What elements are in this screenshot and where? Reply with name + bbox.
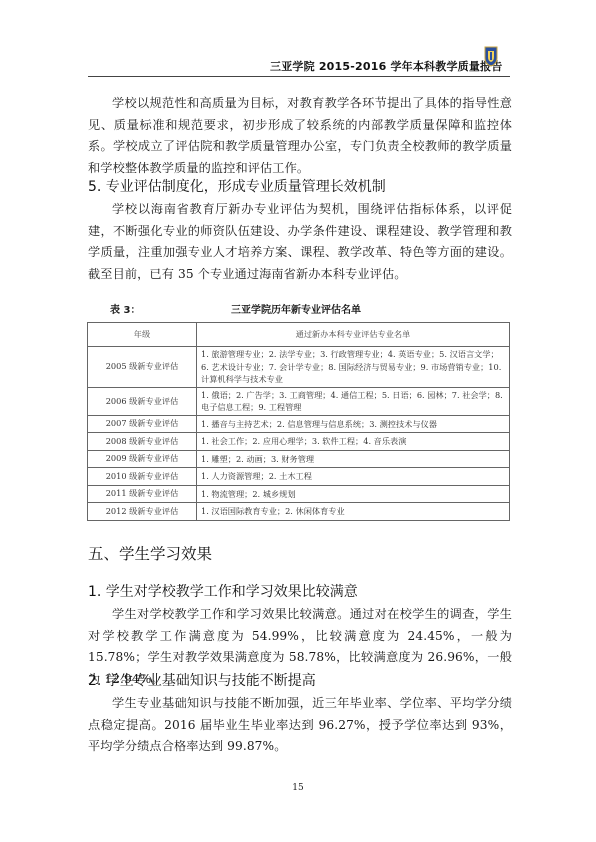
table-header-row: 年级 通过新办本科专业评估专业名单: [88, 323, 510, 347]
row-year: 2008 级新专业评估: [88, 433, 197, 451]
row-year: 2009 级新专业评估: [88, 450, 197, 468]
university-shield-logo-icon: [484, 45, 498, 67]
table-row: 2010 级新专业评估 1. 人力资源管理；2. 土木工程: [88, 468, 510, 486]
row-year: 2012 级新专业评估: [88, 503, 197, 521]
row-majors: 1. 人力资源管理；2. 土木工程: [197, 468, 510, 486]
row-majors: 1. 俄语；2. 广告学；3. 工商管理；4. 通信工程；5. 日语；6. 园林…: [197, 387, 510, 415]
table-row: 2011 级新专业评估 1. 物流管理；2. 城乡规划: [88, 485, 510, 503]
subsection-heading-2: 2. 学生专业基础知识与技能不断提高: [88, 670, 316, 690]
report-header-title: 三亚学院 2015-2016 学年本科教学质量报告: [270, 58, 480, 74]
paragraph-skills: 学生专业基础知识与技能不断加强，近三年毕业率、学位率、平均学分绩点稳定提高。20…: [88, 693, 512, 758]
table-row: 2012 级新专业评估 1. 汉语国际教育专业；2. 休闲体育专业: [88, 503, 510, 521]
paragraph-quality-system: 学校以规范性和高质量为目标，对教育教学各环节提出了具体的指导性意见、质量标准和规…: [88, 93, 512, 179]
paragraph-major-evaluation: 学校以海南省教育厅新办专业评估为契机，围绕评估指标体系，以评促建，不断强化专业的…: [88, 199, 512, 285]
chapter-heading-5: 五、学生学习效果: [88, 542, 212, 564]
row-majors: 1. 汉语国际教育专业；2. 休闲体育专业: [197, 503, 510, 521]
row-year: 2007 级新专业评估: [88, 415, 197, 433]
column-header-majors: 通过新办本科专业评估专业名单: [197, 323, 510, 347]
major-evaluation-table: 年级 通过新办本科专业评估专业名单 2005 级新专业评估 1. 旅游管理专业；…: [87, 322, 510, 521]
row-majors: 1. 雕塑；2. 动画；3. 财务管理: [197, 450, 510, 468]
table-row: 2009 级新专业评估 1. 雕塑；2. 动画；3. 财务管理: [88, 450, 510, 468]
row-majors: 1. 播音与主持艺术；2. 信息管理与信息系统；3. 测控技术与仪器: [197, 415, 510, 433]
header-divider: [88, 76, 510, 77]
table-row: 2006 级新专业评估 1. 俄语；2. 广告学；3. 工商管理；4. 通信工程…: [88, 387, 510, 415]
table-title: 三亚学院历年新专业评估名单: [196, 301, 396, 316]
section-heading-5: 5. 专业评估制度化，形成专业质量管理长效机制: [88, 176, 386, 196]
table-label: 表 3：: [110, 301, 140, 316]
row-year: 2006 级新专业评估: [88, 387, 197, 415]
column-header-year: 年级: [88, 323, 197, 347]
row-majors: 1. 物流管理；2. 城乡规划: [197, 485, 510, 503]
row-year: 2011 级新专业评估: [88, 485, 197, 503]
row-year: 2005 级新专业评估: [88, 347, 197, 388]
row-majors: 1. 旅游管理专业；2. 法学专业；3. 行政管理专业；4. 英语专业；5. 汉…: [197, 347, 510, 388]
table-row: 2005 级新专业评估 1. 旅游管理专业；2. 法学专业；3. 行政管理专业；…: [88, 347, 510, 388]
row-year: 2010 级新专业评估: [88, 468, 197, 486]
page-number: 15: [0, 783, 596, 793]
subsection-heading-1: 1. 学生对学校教学工作和学习效果比较满意: [88, 581, 358, 601]
table-row: 2008 级新专业评估 1. 社会工作；2. 应用心理学；3. 软件工程；4. …: [88, 433, 510, 451]
table-row: 2007 级新专业评估 1. 播音与主持艺术；2. 信息管理与信息系统；3. 测…: [88, 415, 510, 433]
row-majors: 1. 社会工作；2. 应用心理学；3. 软件工程；4. 音乐表演: [197, 433, 510, 451]
